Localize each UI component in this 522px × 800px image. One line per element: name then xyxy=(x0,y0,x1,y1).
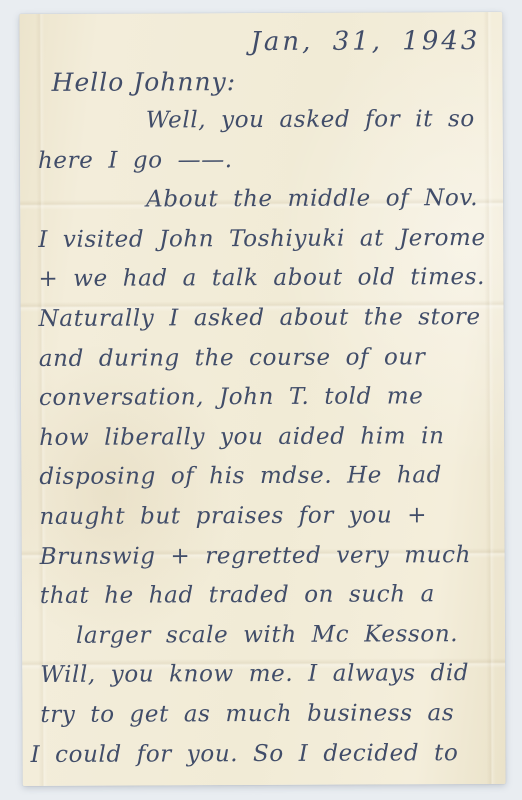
scanned-letter-page: Jan, 31, 1943 Hello Johnny: Well, you as… xyxy=(0,0,522,800)
letter-line: Brunswig + regretted very much xyxy=(40,542,495,584)
letter-line: conversation, John T. told me xyxy=(39,383,494,425)
letter-line: I visited John Toshiyuki at Jerome xyxy=(38,225,493,267)
letter-line: Naturally I asked about the store xyxy=(39,304,494,346)
letter-line: try to get as much business as xyxy=(40,700,495,742)
letter-line: disposing of his mdse. He had xyxy=(39,462,494,504)
letter-salutation: Hello Johnny: xyxy=(52,67,237,97)
letter-line: that he had traded on such a xyxy=(40,581,495,623)
letter-line: + we had a talk about old times. xyxy=(38,264,493,306)
letter-line: About the middle of Nov. xyxy=(38,185,493,227)
letter-line: and during the course of our xyxy=(39,344,494,386)
letter-line: I could for you. So I decided to xyxy=(30,739,495,781)
letter-line: naught but praises for you + xyxy=(39,502,494,544)
letter-line: how liberally you aided him in xyxy=(39,423,494,465)
letter-paper: Jan, 31, 1943 Hello Johnny: Well, you as… xyxy=(19,12,505,786)
letter-line: Will, you know me. I always did xyxy=(40,660,495,702)
letter-line: here I go ——. xyxy=(38,146,493,188)
letter-body: Well, you asked for it so here I go ——. … xyxy=(38,106,496,781)
letter-line: larger scale with Mc Kesson. xyxy=(40,621,495,663)
letter-line: Well, you asked for it so xyxy=(38,106,493,148)
letter-date: Jan, 31, 1943 xyxy=(250,26,480,57)
